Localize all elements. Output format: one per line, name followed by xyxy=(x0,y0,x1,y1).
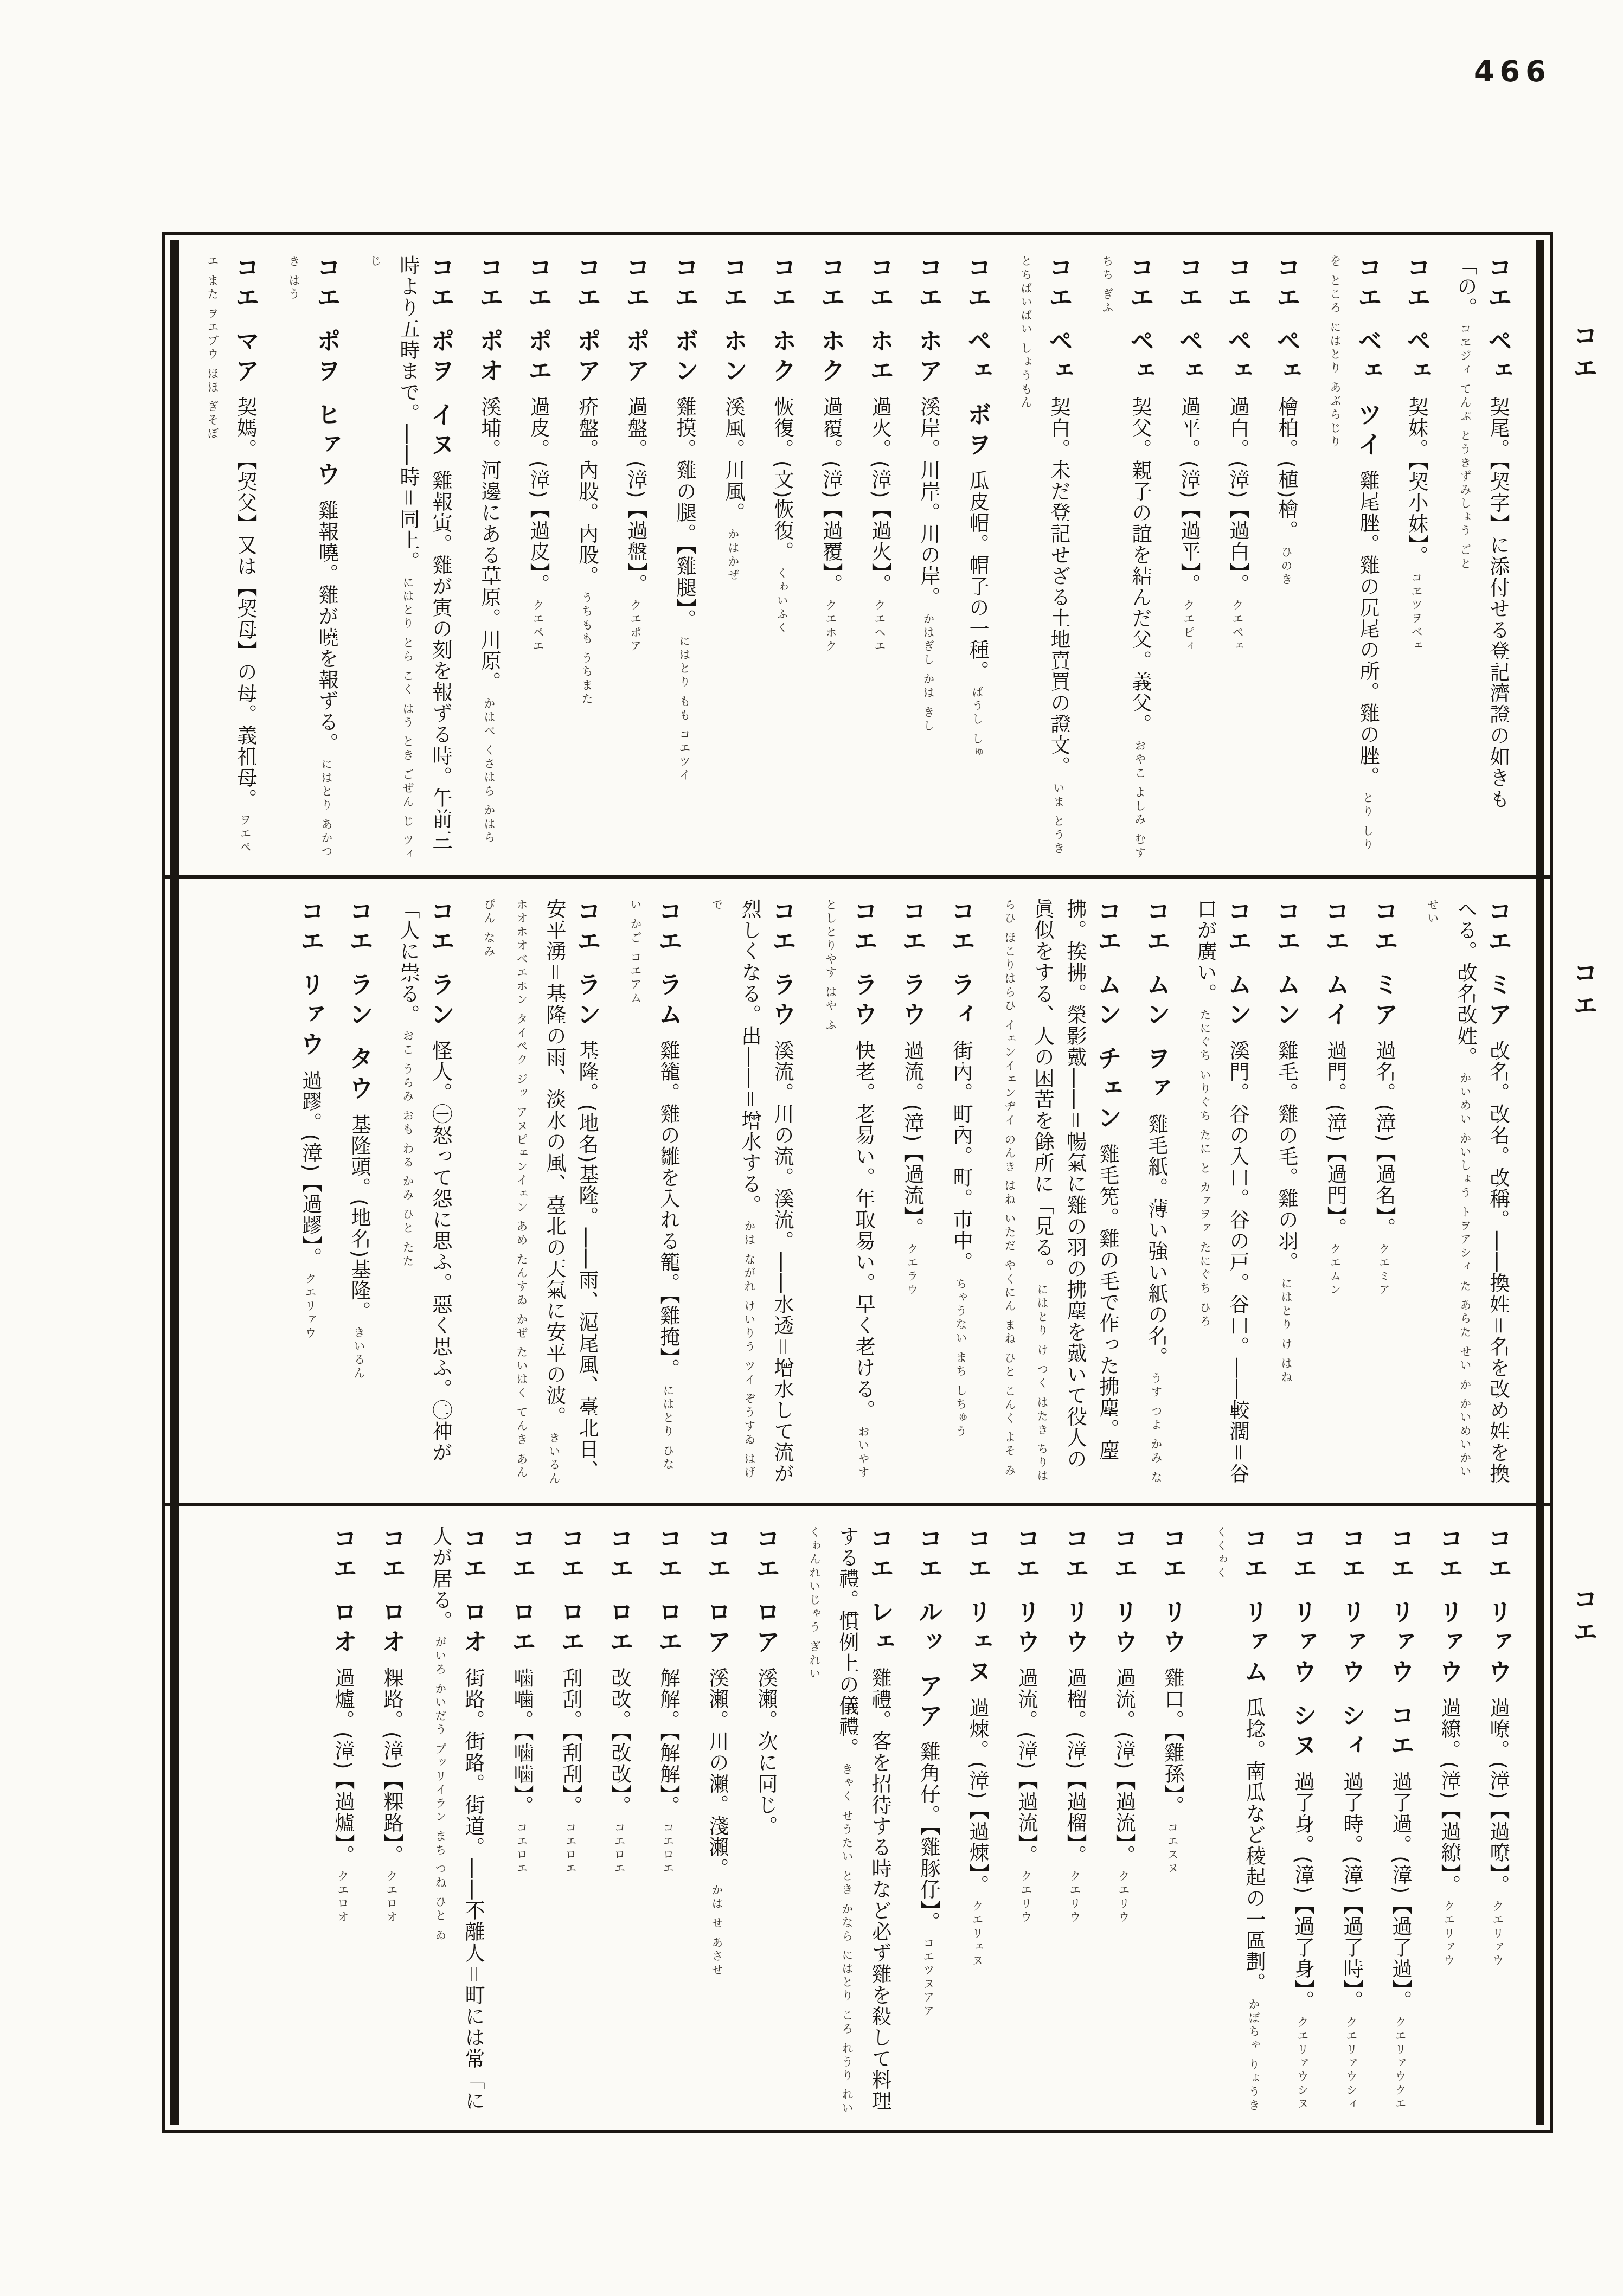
entry-furigana: コエロエ xyxy=(515,1822,528,1876)
entry-body: 雞摸。雞の腿。【雞腿】。 xyxy=(673,397,696,631)
entry-furigana: コヱツヲベェ xyxy=(1410,572,1423,653)
entry-headword: コエ ラウ xyxy=(768,899,797,1032)
entry-body: 解解。【解解】。 xyxy=(657,1668,680,1817)
dictionary-frame: コエ ペェ契尾。【契字】に添付せる登記濟證の如きも「の。コヱジィ てんぷ とうき… xyxy=(162,232,1553,2133)
dictionary-entry: コエ ロオ街路。街路。街道。――不離人＝町には常「に人が居る。がいろ かいだう … xyxy=(424,1526,489,2115)
entry-furigana: かはぎし かは きし xyxy=(922,613,935,733)
band-divider xyxy=(165,875,1550,879)
entry-body: 快老。老易い。年取易い。早く老ける。 xyxy=(852,1041,875,1421)
entry-headword: コエ ベェ ツイ xyxy=(1353,255,1382,461)
entry-headword: コエ ポア xyxy=(573,255,601,388)
entry-headword: コエ ロエ xyxy=(556,1526,585,1659)
band-top: コエ ペェ契尾。【契字】に添付せる登記濟證の如きも「の。コヱジィ てんぷ とうき… xyxy=(165,235,1550,875)
dictionary-entry: コエ リウ過流。(漳)【過流】。クエリウ xyxy=(1010,1526,1042,2115)
dictionary-entry: コエ リウ過流。(漳)【過流】。クエリウ xyxy=(1107,1526,1140,2115)
entry-body: 噛噛。【噛噛】。 xyxy=(510,1668,534,1817)
entry-headword: コエ ムン xyxy=(1223,899,1252,1032)
entry-furigana: クエホク xyxy=(824,599,837,653)
dictionary-page: 466 コエ コエ コエ コエ ペェ契尾。【契字】に添付せる登記濟證の如きも「の… xyxy=(0,0,1623,2296)
entry-body: 過流。(漳)【過流】。 xyxy=(901,1041,924,1239)
entry-body: 契白。未だ登記せざる土地賣買の證文。 xyxy=(1047,397,1070,778)
entry-headword: コエ ラン xyxy=(573,899,601,1032)
dictionary-entry: コエ ラィ街內。町內。町。市中。ちゃうない まち しちゅう xyxy=(945,899,977,1489)
entry-furigana: クエラウ xyxy=(906,1243,919,1297)
entry-furigana: クエリァウ xyxy=(304,1273,317,1341)
entry-furigana: コヱジィ てんぷ とうきずみしょう ごと xyxy=(1459,323,1472,570)
entry-body: 過流。(漳)【過流】。 xyxy=(1015,1668,1038,1866)
entry-body: 雞報曉。雞が曉を報ずる。 xyxy=(315,500,338,754)
dictionary-entry: コエ ペェ過白。(漳)【過白】。クエペェ xyxy=(1221,255,1254,861)
entry-body: 雞籠。雞の雛を入れる籠。【雞掩】。 xyxy=(657,1041,680,1380)
entry-headword: コエ ミア xyxy=(1370,899,1399,1032)
entry-column-area: コエ ペェ契尾。【契字】に添付せる登記濟證の如きも「の。コヱジィ てんぷ とうき… xyxy=(165,235,1550,875)
entry-body: 契妹。【契小妹】。 xyxy=(1405,397,1428,567)
entry-headword: コエ リァウ シィ xyxy=(1337,1526,1366,1762)
dictionary-entry: コエ ロエ解解。【解解】。コエロエ xyxy=(652,1526,684,2115)
entry-headword: コエ リァウ xyxy=(1484,1526,1512,1689)
dictionary-entry: コエ リァウ シィ過了時。(漳)【過了時】。クエリァウシィ xyxy=(1335,1526,1368,2115)
margin-guide-tab: コエ xyxy=(1566,323,1602,388)
dictionary-entry: コエ ラン タウ基隆頭。(地名)基隆。きいるん xyxy=(343,899,375,1489)
dictionary-entry: コエ レェ雞禮。客を招待する時など必ず雞を殺して料理する禮。慣例上の儀禮。きゃく… xyxy=(798,1526,896,2115)
entry-headword: コエ ミア xyxy=(1484,899,1512,1032)
entry-body: 過蹘。(漳)【過蹘】。 xyxy=(299,1070,322,1268)
entry-body: 溪埔。河邊にある草原。川原。 xyxy=(478,397,501,693)
entry-column-area: コエ リァウ過嘹。(漳)【過嘹】。クエリァウ コエ リァウ過繚。(漳)【過繚】。… xyxy=(165,1506,1550,2130)
dictionary-entry: コエ ムン溪門。谷の入口。谷の戸。谷口。――較濶＝谷口が廣い。たにぐち いりぐち… xyxy=(1189,899,1254,1489)
entry-headword: コエ ムン xyxy=(1272,899,1301,1032)
entry-body: 瓜捻。南瓜など稜起の一區劃。 xyxy=(1242,1698,1266,1994)
entry-body: 恢復。(文)恢復。 xyxy=(771,397,794,563)
dictionary-entry: コエ リァウ コエ過了過。(漳)【過了過】。クエリァウクエ xyxy=(1384,1526,1416,2115)
dictionary-entry: コエ ロエ噛噛。【噛噛】。コエロエ xyxy=(505,1526,538,2115)
entry-headword: コエ ラム xyxy=(654,899,683,1032)
dictionary-entry: コエ ムン ヲァ雞毛紙。薄い強い紙の名。うす つよ かみ な xyxy=(1140,899,1172,1489)
entry-headword: コエ ポヲ ヒァウ xyxy=(312,255,341,491)
entry-furigana: クエヘエ xyxy=(873,599,886,653)
entry-furigana: かはべ くさはら かはら xyxy=(483,697,496,844)
entry-headword: コエ ルッ アア xyxy=(914,1526,943,1733)
entry-body: 檜柏。(植)檜。 xyxy=(1275,397,1298,542)
entry-headword: コエ レェ xyxy=(865,1526,894,1659)
entry-body: 雞口。【雞孫】。 xyxy=(1161,1668,1184,1817)
entry-body: 過爐。(漳)【過爐】。 xyxy=(331,1668,355,1866)
dictionary-entry: コエ ペェ契白。未だ登記せざる土地賣買の證文。いま とうき とちばいばい しょう… xyxy=(1010,255,1075,861)
entry-furigana: クエムン xyxy=(1329,1243,1342,1297)
entry-furigana: コエスヌ xyxy=(1166,1822,1179,1876)
entry-headword: コエ ポヲ イヌ xyxy=(426,255,455,461)
dictionary-entry: コエ ロオ粿路。(漳)【粿路】。クエロオ xyxy=(375,1526,408,2115)
entry-headword: コエ リウ xyxy=(1061,1526,1089,1659)
dictionary-entry: コエ ロエ刮刮。【刮刮】。コエロエ xyxy=(554,1526,587,2115)
entry-furigana: にはとり もも コエツイ xyxy=(678,635,691,782)
dictionary-entry: コエ ベェ ツイ雞尾脞。雞の尻尾の所。雞の脞。とり しりを ところ にはとり あ… xyxy=(1319,255,1384,861)
entry-headword: コエ ペェ xyxy=(1044,255,1073,388)
entry-body: 過了過。(漳)【過了過】。 xyxy=(1389,1771,1412,2011)
entry-body: 過榴。(漳)【過榴】。 xyxy=(1063,1668,1087,1866)
dictionary-entry: コエ ロエ改改。【改改】。コエロエ xyxy=(603,1526,636,2115)
dictionary-entry: コエ ポヲ イヌ雞報寅。雞が寅の刻を報ずる時。午前三時より五時まで。――時＝同上… xyxy=(359,255,457,861)
entry-furigana: ばうし しゅ xyxy=(971,686,984,760)
dictionary-entry: コエ ルッ アア雞角仔。【雞豚仔】。コエツヌアア xyxy=(912,1526,945,2115)
entry-body: 雞尾脞。雞の尻尾の所。雞の脞。 xyxy=(1356,470,1380,787)
entry-body: 契媽。【契父】又は【契母】の母。義祖母。 xyxy=(234,397,257,810)
entry-column-area: コエ ミア改名。改名。改稱。――換姓＝名を改め姓を換へる。改名改姓。かいめい か… xyxy=(165,879,1550,1503)
entry-furigana: コエロエ xyxy=(662,1822,675,1876)
entry-headword: コエ ホク xyxy=(768,255,797,388)
entry-body: 雞角仔。【雞豚仔】。 xyxy=(917,1741,940,1933)
dictionary-entry: コエ ボン雞摸。雞の腿。【雞腿】。にはとり もも コエツイ xyxy=(668,255,701,861)
dictionary-entry: コエ リァウ過蹘。(漳)【過蹘】。クエリァウ xyxy=(294,899,326,1489)
entry-headword: コエ ロア xyxy=(703,1526,732,1659)
entry-body: 粿路。(漳)【粿路】。 xyxy=(380,1668,403,1866)
dictionary-entry: コエ ラウ過流。(漳)【過流】。クエラウ xyxy=(896,899,928,1489)
dictionary-entry: コエ ポオ溪埔。河邊にある草原。川原。かはべ くさはら かはら xyxy=(473,255,505,861)
dictionary-entry: コエ ラン怪人。㊀怒って怨に思ふ。惡く思ふ。㊁神が「人に祟る。おこ うらみ おも… xyxy=(392,899,457,1489)
entry-headword: コエ リァム xyxy=(1240,1526,1268,1689)
entry-body: 過火。(漳)【過火】。 xyxy=(868,397,891,595)
entry-body: 過白。(漳)【過白】。 xyxy=(1226,397,1249,595)
dictionary-entry: コエ ムン雞毛。雞の毛。雞の羽。にはとり け はね xyxy=(1270,899,1303,1489)
dictionary-entry: コエ ポヲ ヒァウ雞報曉。雞が曉を報ずる。にはとり あかつき はう xyxy=(278,255,343,861)
dictionary-entry: コエ ホン溪風。川風。かはかぜ xyxy=(717,255,749,861)
dictionary-entry: コエ ミア過名。(漳)【過名】。クエミア xyxy=(1368,899,1400,1489)
entry-furigana: クエロオ xyxy=(336,1870,349,1925)
entry-headword: コエ マア xyxy=(231,255,260,388)
entry-furigana: かは せ あさせ xyxy=(710,1884,723,1977)
dictionary-entry: コエ ミア改名。改名。改稱。――換姓＝名を改め姓を換へる。改名改姓。かいめい か… xyxy=(1416,899,1514,1489)
dictionary-entry: コエ ラン基隆。(地名)基隆。――雨、滬尾風、臺北日、安平湧＝基隆の雨、淡水の風… xyxy=(473,899,603,1489)
entry-furigana: クエリァウ xyxy=(1442,1900,1455,1968)
margin-guide-tab: コエ xyxy=(1566,960,1602,1025)
entry-headword: コエ ロエ xyxy=(654,1526,683,1659)
entry-body: 過了時。(漳)【過了時】。 xyxy=(1340,1771,1363,2011)
dictionary-entry: コエ リウ過榴。(漳)【過榴】。クエリウ xyxy=(1059,1526,1091,2115)
entry-headword: コエ ラウ xyxy=(898,899,927,1032)
entry-furigana: クエロオ xyxy=(385,1870,398,1925)
entry-body: 過煉。(漳)【過煉】。 xyxy=(966,1698,989,1896)
entry-furigana: クエリウ xyxy=(1068,1870,1081,1925)
dictionary-entry: コエ リァム瓜捻。南瓜など稜起の一區劃。かぼちゃ りょうき くくゎく xyxy=(1205,1526,1270,2115)
entry-body: 溪瀨。川の瀨。淺瀨。 xyxy=(705,1668,729,1880)
entry-body: 契父。親子の誼を結んだ父。義父。 xyxy=(1128,397,1152,735)
entry-headword: コエ ラィ xyxy=(947,899,976,1032)
dictionary-entry: コエ ペェ契父。親子の誼を結んだ父。義父。おやこ よしみ むす ちち ぎふ xyxy=(1091,255,1156,861)
dictionary-entry: コエ ペェ ボヲ瓜皮帽。帽子の一種。ばうし しゅ xyxy=(961,255,993,861)
entry-headword: コエ ロオ xyxy=(329,1526,357,1659)
entry-furigana: クエミア xyxy=(1377,1243,1390,1297)
dictionary-entry: コエ ホク恢復。(文)恢復。くゎいふく xyxy=(766,255,798,861)
entry-body: 過門。(漳)【過門】。 xyxy=(1324,1041,1347,1239)
entry-headword: コエ ロエ xyxy=(508,1526,536,1659)
dictionary-entry: コエ ムン チェン雞毛筅。雞の毛で作った拂塵。麈拂。挨拂。榮影戴――＝暢氣に雞の… xyxy=(993,899,1124,1489)
entry-furigana: クエピィ xyxy=(1182,599,1195,653)
entry-body: 過平。(漳)【過平】。 xyxy=(1177,397,1201,595)
entry-furigana: クエリァウ xyxy=(1491,1900,1504,1968)
entry-headword: コエ リウ xyxy=(1109,1526,1138,1659)
entry-body: 過流。(漳)【過流】。 xyxy=(1112,1668,1136,1866)
entry-furigana: クエリァウシヌ xyxy=(1296,2016,1309,2111)
entry-headword: コエ ロオ xyxy=(377,1526,406,1659)
entry-headword: コエ ペェ xyxy=(1126,255,1154,388)
entry-furigana: クエリェヌ xyxy=(971,1900,984,1968)
entry-headword: コエ ホン xyxy=(719,255,748,388)
dictionary-entry: コエ ポエ過皮。(漳)【過皮】。クエペエ xyxy=(522,255,554,861)
band-divider xyxy=(165,1503,1550,1506)
dictionary-entry: コエ ホク過覆。(漳)【過覆】。クエホク xyxy=(814,255,847,861)
entry-body: 溪岸。川岸。川の岸。 xyxy=(917,397,940,608)
entry-body: 過名。(漳)【過名】。 xyxy=(1372,1041,1396,1239)
entry-headword: コエ ポア xyxy=(621,255,650,388)
entry-body: 疥盤。內股。內股。 xyxy=(575,397,599,587)
entry-headword: コエ ペェ xyxy=(1272,255,1301,388)
dictionary-entry: コエ ラウ溪流。川の流。溪流。――水透＝增水して流が烈しくなる。出――＝增水する… xyxy=(701,899,798,1489)
entry-furigana: ちゃうない まち しちゅう xyxy=(954,1278,967,1438)
entry-headword: コエ ポオ xyxy=(475,255,504,388)
entry-furigana: クエリウ xyxy=(1019,1870,1032,1925)
entry-headword: コエ ペェ xyxy=(1175,255,1203,388)
entry-headword: コエ リウ xyxy=(1012,1526,1041,1659)
entry-furigana: コエツヌアア xyxy=(922,1937,935,2018)
entry-furigana: クエポア xyxy=(629,599,642,653)
entry-body: 雞毛紙。薄い強い紙の名。 xyxy=(1145,1114,1168,1368)
entry-body: 過皮。(漳)【過皮】。 xyxy=(527,397,550,595)
entry-furigana: クエリウ xyxy=(1117,1870,1130,1925)
entry-body: 溪瀨。次に同じ。 xyxy=(754,1668,778,1837)
entry-headword: コエ ポエ xyxy=(524,255,553,388)
entry-body: 過盤。(漳)【過盤】。 xyxy=(624,397,647,595)
dictionary-entry: コエ リァウ過嘹。(漳)【過嘹】。クエリァウ xyxy=(1481,1526,1514,2115)
band-bottom: コエ リァウ過嘹。(漳)【過嘹】。クエリァウ コエ リァウ過繚。(漳)【過繚】。… xyxy=(165,1506,1550,2130)
entry-body: 過嘹。(漳)【過嘹】。 xyxy=(1486,1698,1510,1896)
entry-headword: コエ リァウ シヌ xyxy=(1288,1526,1317,1762)
dictionary-entry: コエ ラム雞籠。雞の雛を入れる籠。【雞掩】。にはとり ひな い かご コエアム xyxy=(619,899,684,1489)
dictionary-entry: コエ ポア疥盤。內股。內股。うちもも うちまた xyxy=(570,255,603,861)
dictionary-entry: コエ ロオ過爐。(漳)【過爐】。クエロオ xyxy=(326,1526,359,2115)
entry-headword: コエ ホエ xyxy=(865,255,894,388)
entry-furigana: コエロエ xyxy=(564,1822,577,1876)
entry-headword: コエ ロオ xyxy=(459,1526,487,1659)
entry-furigana: クエリァウクエ xyxy=(1394,2016,1407,2111)
entry-furigana: うす つよ かみ な xyxy=(1150,1372,1163,1484)
entry-headword: コエ ペェ xyxy=(1402,255,1431,388)
entry-furigana: おこ うらみ おも わる かみ ひと たた xyxy=(401,1030,414,1268)
entry-body: 過繚。(漳)【過繚】。 xyxy=(1438,1698,1461,1896)
entry-headword: コエ リウ xyxy=(1158,1526,1187,1659)
entry-furigana: かはかぜ xyxy=(727,528,740,582)
entry-headword: コエ ペェ xyxy=(1484,255,1512,388)
entry-furigana: たにぐち いりぐち たに と カァヲァ たにぐち ひろ xyxy=(1198,1009,1211,1328)
entry-headword: コエ ペェ xyxy=(1223,255,1252,388)
dictionary-entry: コエ リァウ シヌ過了身。(漳)【過了身】。クエリァウシヌ xyxy=(1286,1526,1319,2115)
entry-headword: コエ ムン ヲァ xyxy=(1142,899,1171,1105)
dictionary-entry: コエ ペェ契妹。【契小妹】。コヱツヲベェ xyxy=(1400,255,1433,861)
band-middle: コエ ミア改名。改名。改稱。――換姓＝名を改め姓を換へる。改名改姓。かいめい か… xyxy=(165,879,1550,1503)
entry-body: 改改。【改改】。 xyxy=(608,1668,631,1817)
entry-furigana: ひのき xyxy=(1280,546,1293,587)
dictionary-entry: コエ マア契媽。【契父】又は【契母】の母。義祖母。ヲエペエ また ヲエブウ ほほ… xyxy=(196,255,261,861)
entry-furigana: うちもも うちまた xyxy=(580,592,593,706)
entry-body: 基隆頭。(地名)基隆。 xyxy=(348,1114,371,1322)
dictionary-entry: コエ ペェ過平。(漳)【過平】。クエピィ xyxy=(1172,255,1205,861)
dictionary-entry: コエ ペェ檜柏。(植)檜。ひのき xyxy=(1270,255,1303,861)
dictionary-entry: コエ リウ雞口。【雞孫】。コエスヌ xyxy=(1156,1526,1189,2115)
dictionary-entry: コエ ホエ過火。(漳)【過火】。クエヘエ xyxy=(863,255,896,861)
entry-headword: コエ ボン xyxy=(670,255,699,388)
entry-headword: コエ リァウ xyxy=(296,899,325,1062)
dictionary-entry: コエ ホア溪岸。川岸。川の岸。かはぎし かは きし xyxy=(912,255,945,861)
dictionary-entry: コエ ロア溪瀨。川の瀨。淺瀨。かは せ あさせ xyxy=(701,1526,733,2115)
dictionary-entry: コエ ムイ過門。(漳)【過門】。クエムン xyxy=(1319,899,1351,1489)
entry-furigana: クエリァウシィ xyxy=(1345,2016,1358,2111)
dictionary-entry: コエ ラウ快老。老易い。年取易い。早く老ける。おいやす としとりやす はや ふ xyxy=(814,899,880,1489)
entry-furigana: きいるん xyxy=(352,1326,365,1381)
entry-headword: コエ リェヌ xyxy=(963,1526,992,1689)
entry-furigana: にはとり け はね xyxy=(1280,1278,1293,1384)
entry-headword: コエ ムイ xyxy=(1321,899,1350,1032)
dictionary-entry: コエ ポア過盤。(漳)【過盤】。クエポア xyxy=(619,255,652,861)
entry-body: 街內。町內。町。市中。 xyxy=(950,1041,973,1273)
page-number: 466 xyxy=(1474,54,1551,88)
entry-headword: コエ ラン xyxy=(426,899,455,1032)
dictionary-entry: コエ ペェ契尾。【契字】に添付せる登記濟證の如きも「の。コヱジィ てんぷ とうき… xyxy=(1449,255,1514,861)
margin-guide-tab: コエ xyxy=(1566,1586,1602,1651)
dictionary-entry: コエ リェヌ過煉。(漳)【過煉】。クエリェヌ xyxy=(961,1526,993,2115)
entry-body: 過覆。(漳)【過覆】。 xyxy=(819,397,843,595)
entry-headword: コエ ラウ xyxy=(849,899,878,1032)
dictionary-entry: コエ リァウ過繚。(漳)【過繚】。クエリァウ xyxy=(1433,1526,1465,2115)
entry-headword: コエ ラン タウ xyxy=(345,899,374,1105)
entry-body: 雞毛。雞の毛。雞の羽。 xyxy=(1275,1041,1298,1273)
entry-furigana: クエペェ xyxy=(1231,599,1244,653)
entry-furigana: がいろ かいだう プッリイラン まち つね ひと ゐ xyxy=(434,1636,447,1942)
entry-furigana: クエペエ xyxy=(531,599,544,653)
entry-headword: コエ ホク xyxy=(817,255,845,388)
entry-headword: コエ ムン チェン xyxy=(1093,899,1122,1135)
entry-body: 溪風。川風。 xyxy=(722,397,745,524)
entry-furigana: コエロエ xyxy=(613,1822,626,1876)
dictionary-entry: コエ ロア溪瀨。次に同じ。 xyxy=(749,1526,782,2115)
entry-headword: コエ リァウ コエ xyxy=(1386,1526,1415,1762)
entry-headword: コエ ホア xyxy=(914,255,943,388)
entry-headword: コエ ロエ xyxy=(605,1526,634,1659)
entry-headword: コエ ロア xyxy=(752,1526,780,1659)
entry-body: 過了身。(漳)【過了身】。 xyxy=(1291,1771,1314,2011)
entry-headword: コエ リァウ xyxy=(1435,1526,1464,1689)
entry-body: 瓜皮帽。帽子の一種。 xyxy=(966,470,989,682)
entry-furigana: くゎいふく xyxy=(775,567,788,635)
entry-body: 刮刮。【刮刮】。 xyxy=(559,1668,582,1817)
entry-headword: コエ ペェ ボヲ xyxy=(963,255,992,461)
